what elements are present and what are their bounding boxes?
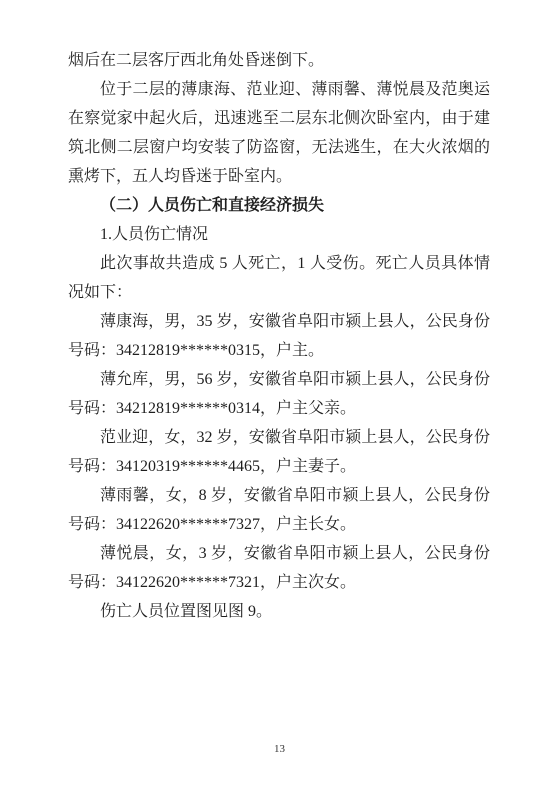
subsection-heading-casualty-situation: 1.人员伤亡情况 xyxy=(68,220,490,249)
paragraph-body: 位于二层的薄康海、范业迎、薄雨馨、薄悦晨及范奥运在察觉家中起火后，迅速逃至二层东… xyxy=(68,75,490,191)
document-page: 烟后在二层客厅西北角处昏迷倒下。 位于二层的薄康海、范业迎、薄雨馨、薄悦晨及范奥… xyxy=(0,0,559,803)
paragraph-victim-5: 薄悦晨，女，3 岁，安徽省阜阳市颍上县人，公民身份号码：34122620****… xyxy=(68,539,490,597)
paragraph-casualty-summary: 此次事故共造成 5 人死亡，1 人受伤。死亡人员具体情况如下： xyxy=(68,249,490,307)
document-body: 烟后在二层客厅西北角处昏迷倒下。 位于二层的薄康海、范业迎、薄雨馨、薄悦晨及范奥… xyxy=(68,46,490,626)
paragraph-victim-3: 范业迎，女，32 岁，安徽省阜阳市颍上县人，公民身份号码：34120319***… xyxy=(68,423,490,481)
paragraph-victim-4: 薄雨馨，女，8 岁，安徽省阜阳市颍上县人，公民身份号码：34122620****… xyxy=(68,481,490,539)
page-number: 13 xyxy=(0,742,559,756)
paragraph-figure-reference: 伤亡人员位置图见图 9。 xyxy=(68,597,490,626)
paragraph-victim-1: 薄康海，男，35 岁，安徽省阜阳市颍上县人，公民身份号码：34212819***… xyxy=(68,307,490,365)
section-heading-casualties: （二）人员伤亡和直接经济损失 xyxy=(68,191,490,220)
paragraph-victim-2: 薄允库，男，56 岁，安徽省阜阳市颍上县人，公民身份号码：34212819***… xyxy=(68,365,490,423)
paragraph-continuation: 烟后在二层客厅西北角处昏迷倒下。 xyxy=(68,46,490,75)
